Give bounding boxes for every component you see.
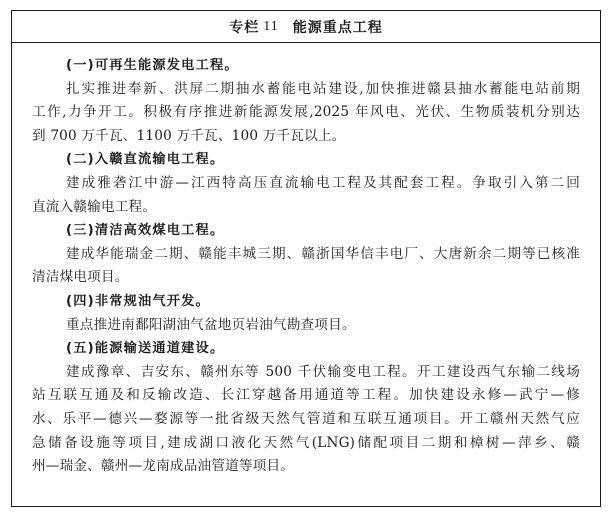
- section-heading: (二)入赣直流输电工程。: [32, 148, 580, 172]
- section-renewable: (一)可再生能源发电工程。 扎实推进奉新、洪屏二期抽水蓄能电站建设,加快推进赣县…: [32, 54, 580, 148]
- section-heading: (五)能源输送通道建设。: [32, 337, 580, 361]
- section-clean-coal: (三)清洁高效煤电工程。 建成华能瑞金二期、赣能丰城三期、赣浙国华信丰电厂、大唐…: [32, 219, 580, 290]
- paragraph-line: 建成豫章、吉安东、赣州东等 500 千伏输变电工程。开工建设西气东输二线场: [32, 361, 580, 385]
- paragraph-line: 州—瑞金、赣州—龙南成品油管道等项目。: [32, 455, 580, 479]
- paragraph-line: 急储备设施等项目,建成湖口液化天然气(LNG)储配项目二期和樟树—萍乡、赣: [32, 432, 580, 456]
- paragraph-line: 工作,力争开工。积极有序推进新能源发展,2025 年风电、光伏、生物质装机分别达: [32, 101, 580, 125]
- section-heading: (三)清洁高效煤电工程。: [32, 219, 580, 243]
- paragraph-line: 扎实推进奉新、洪屏二期抽水蓄能电站建设,加快推进赣县抽水蓄能电站前期: [32, 78, 580, 102]
- section-unconventional-oil-gas: (四)非常规油气开发。 重点推进南鄱阳湖油气盆地页岩油气勘查项目。: [32, 290, 580, 337]
- paragraph-line: 站互联互通及和反输改造、长江穿越备用通道等工程。加快建设永修—武宁—修: [32, 384, 580, 408]
- title-number: 11: [263, 19, 278, 35]
- column-box: 专栏 11 能源重点工程 (一)可再生能源发电工程。 扎实推进奉新、洪屏二期抽水…: [11, 10, 601, 507]
- paragraph-line: 建成华能瑞金二期、赣能丰城三期、赣浙国华信丰电厂、大唐新余二期等已核准: [32, 243, 580, 267]
- paragraph-line: 到 700 万千瓦、1100 万千瓦、100 万千瓦以上。: [32, 125, 580, 149]
- paragraph-line: 建成雅砻江中游—江西特高压直流输电工程及其配套工程。争取引入第二回: [32, 172, 580, 196]
- title-text: 能源重点工程: [293, 17, 383, 37]
- paragraph-line: 清洁煤电项目。: [32, 266, 580, 290]
- section-heading: (一)可再生能源发电工程。: [32, 54, 580, 78]
- section-dc-transmission: (二)入赣直流输电工程。 建成雅砻江中游—江西特高压直流输电工程及其配套工程。争…: [32, 148, 580, 219]
- section-heading: (四)非常规油气开发。: [32, 290, 580, 314]
- box-body: (一)可再生能源发电工程。 扎实推进奉新、洪屏二期抽水蓄能电站建设,加快推进赣县…: [12, 43, 600, 479]
- title-prefix: 专栏: [229, 17, 259, 37]
- paragraph-line: 水、乐平—德兴—婺源等一批省级天然气管道和互联互通项目。开工赣州天然气应: [32, 408, 580, 432]
- paragraph-line: 直流入赣输电工程。: [32, 196, 580, 220]
- section-energy-transport: (五)能源输送通道建设。 建成豫章、吉安东、赣州东等 500 千伏输变电工程。开…: [32, 337, 580, 479]
- paragraph-line: 重点推进南鄱阳湖油气盆地页岩油气勘查项目。: [32, 314, 580, 338]
- box-title: 专栏 11 能源重点工程: [12, 11, 600, 43]
